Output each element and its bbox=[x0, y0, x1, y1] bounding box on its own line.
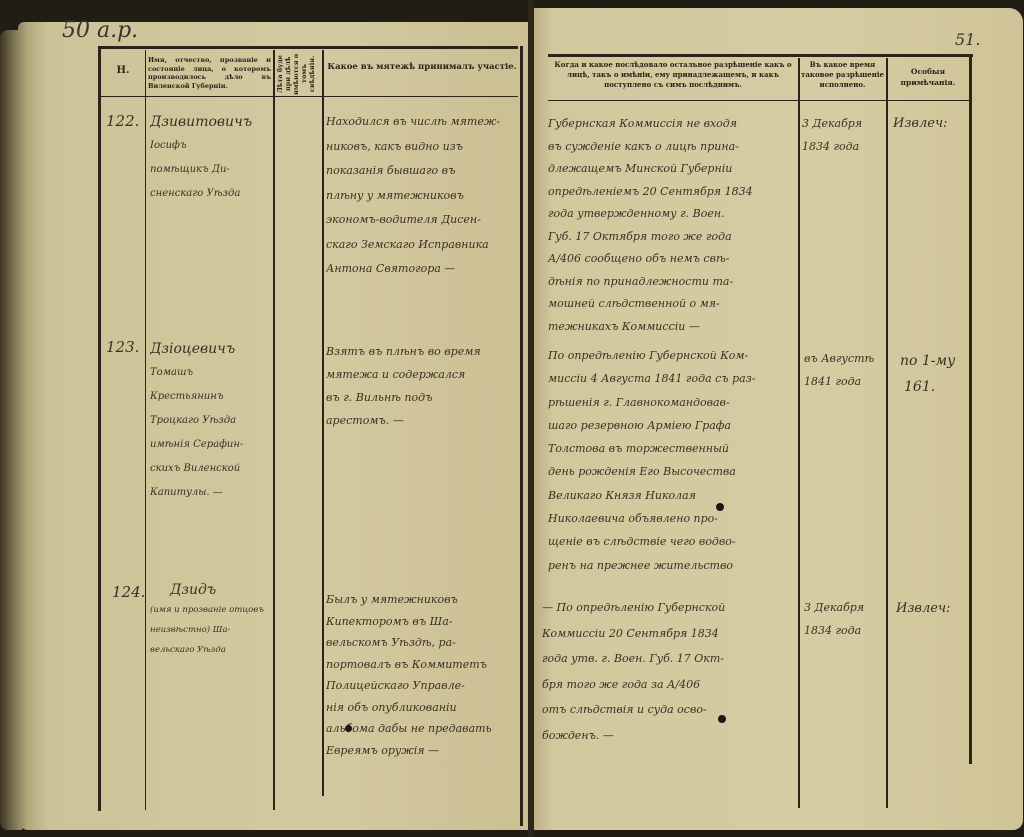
entry-resolution: — По опредѣленію ГубернскойКоммиссіи 20 … bbox=[542, 595, 796, 748]
entry-number: 122. bbox=[106, 112, 139, 130]
entry-resolution: По опредѣленію Губернской Ком-миссіи 4 А… bbox=[548, 344, 798, 577]
col-divider-1 bbox=[145, 50, 146, 810]
table-right-border bbox=[969, 54, 972, 764]
col-divider-2 bbox=[273, 50, 275, 810]
left-page-number: 50 a.p. bbox=[62, 18, 138, 43]
entry-resolution: Губернская Коммиссія не входявъ сужденіе… bbox=[548, 113, 796, 338]
entry-executed: въ Августѣ1841 года bbox=[804, 348, 886, 393]
entry-notes: Извлеч: bbox=[896, 598, 970, 621]
header-notes: Особыя примѣчанія. bbox=[889, 66, 967, 88]
header-name: Имя, отчество, прозваніе и состояніе лиц… bbox=[148, 56, 271, 90]
entry-executed: 3 Декабря1834 года bbox=[802, 113, 886, 158]
table-left-border bbox=[98, 46, 101, 811]
entry-number: 124. bbox=[112, 583, 145, 601]
header-resolution: Когда и какое послѣдовало остальное разр… bbox=[550, 60, 796, 90]
header-executed: Въ какое время таковое разрѣшеніе исполн… bbox=[801, 60, 884, 90]
entry-executed: 3 Декабря1834 года bbox=[804, 597, 886, 642]
table-top-rule-right bbox=[548, 54, 973, 57]
col-divider-5 bbox=[886, 58, 888, 808]
entry-role: Взятъ въ плѣнъ во времямятежа и содержал… bbox=[326, 340, 520, 432]
table-right-border-left bbox=[520, 46, 523, 826]
entry-name: Дзивитовичъ Іосифъ помѣщикъ Ди- сненскаг… bbox=[150, 110, 272, 206]
header-role: Какое въ мятежѣ принималъ участіе. bbox=[326, 62, 518, 72]
col-divider-3 bbox=[322, 50, 324, 796]
ink-stain bbox=[716, 503, 724, 511]
header-age: Лѣта буде при дѣлѣ имѣются о томъ свѣдѣн… bbox=[276, 52, 320, 96]
header-no: Н. bbox=[103, 66, 143, 76]
entry-role: Былъ у мятежниковъКипекторомъ въ Ша-вель… bbox=[326, 589, 520, 761]
entry-notes: по 1-му161. bbox=[900, 348, 970, 400]
entry-role: Находился въ числѣ мятеж-никовъ, какъ ви… bbox=[326, 110, 520, 282]
table-top-rule-left bbox=[98, 46, 518, 49]
header-bottom-rule-left bbox=[101, 96, 518, 97]
entry-name: Дзіоцевичъ ТомашъКрестьянинъ Троцкаго Уѣ… bbox=[150, 337, 272, 505]
entry-number: 123. bbox=[106, 338, 139, 356]
ink-stain bbox=[345, 725, 352, 732]
right-page-number: 51. bbox=[955, 30, 980, 49]
header-bottom-rule-right bbox=[548, 100, 972, 101]
col-divider-4 bbox=[798, 58, 800, 808]
book-spine bbox=[528, 0, 534, 837]
entry-notes: Извлеч: bbox=[893, 113, 969, 136]
entry-name: Дзидъ (имя и прозваніе отцовънеизвѣстно)… bbox=[150, 580, 272, 660]
ink-stain bbox=[718, 715, 726, 723]
